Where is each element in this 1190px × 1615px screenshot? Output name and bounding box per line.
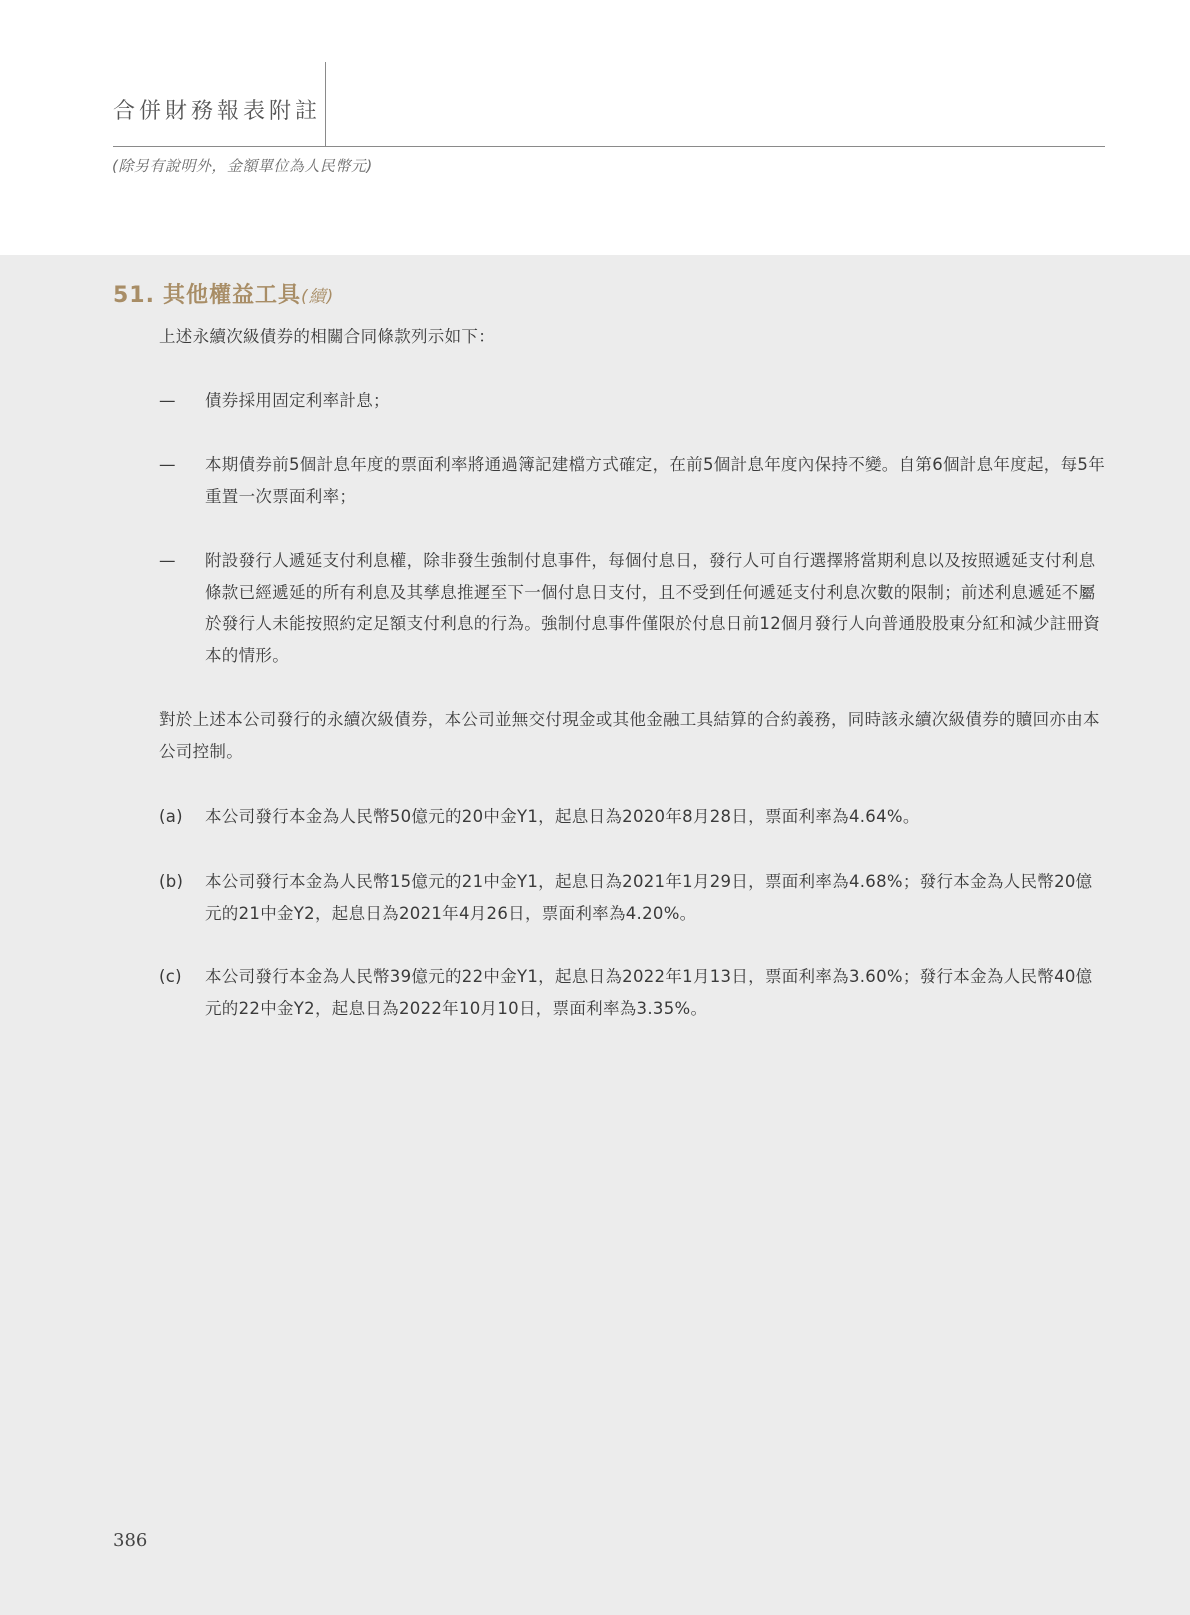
header-horizontal-divider <box>113 146 1105 147</box>
note-marker: (a) <box>159 801 199 833</box>
currency-note: (除另有說明外，金額單位為人民幣元) <box>112 155 373 176</box>
header-vertical-divider <box>325 62 326 147</box>
note-text: 本公司發行本金為人民幣15億元的21中金Y1，起息日為2021年1月29日，票面… <box>205 866 1105 929</box>
document-title: 合併財務報表附註 <box>113 94 321 125</box>
note-marker: (b) <box>159 866 199 898</box>
bullet-text: 附設發行人遞延支付利息權，除非發生強制付息事件，每個付息日，發行人可自行選擇將當… <box>205 545 1105 671</box>
bullet-text: 債券採用固定利率計息； <box>205 385 1105 417</box>
note-text: 本公司發行本金為人民幣50億元的20中金Y1，起息日為2020年8月28日，票面… <box>205 801 1105 833</box>
page-number: 386 <box>113 1530 147 1551</box>
dash-marker: — <box>159 449 199 481</box>
summary-paragraph: 對於上述本公司發行的永續次級債券，本公司並無交付現金或其他金融工具結算的合約義務… <box>159 704 1105 767</box>
section-number: 51. <box>113 283 155 308</box>
note-item-a: (a) 本公司發行本金為人民幣50億元的20中金Y1，起息日為2020年8月28… <box>159 801 1105 833</box>
note-item-b: (b) 本公司發行本金為人民幣15億元的21中金Y1，起息日為2021年1月29… <box>159 866 1105 929</box>
intro-paragraph: 上述永續次級債券的相關合同條款列示如下： <box>159 321 1105 353</box>
note-item-c: (c) 本公司發行本金為人民幣39億元的22中金Y1，起息日為2022年1月13… <box>159 961 1105 1024</box>
section-title: 其他權益工具 <box>163 283 301 308</box>
dash-marker: — <box>159 545 199 577</box>
bullet-item: — 債券採用固定利率計息； <box>159 385 1105 417</box>
note-marker: (c) <box>159 961 199 993</box>
section-heading: 51.其他權益工具(續) <box>113 278 334 309</box>
bullet-item: — 本期債券前5個計息年度的票面利率將通過簿記建檔方式確定，在前5個計息年度內保… <box>159 449 1105 512</box>
note-text: 本公司發行本金為人民幣39億元的22中金Y1，起息日為2022年1月13日，票面… <box>205 961 1105 1024</box>
bullet-text: 本期債券前5個計息年度的票面利率將通過簿記建檔方式確定，在前5個計息年度內保持不… <box>205 449 1105 512</box>
page-header: 合併財務報表附註 (除另有說明外，金額單位為人民幣元) <box>0 0 1190 255</box>
dash-marker: — <box>159 385 199 417</box>
bullet-item: — 附設發行人遞延支付利息權，除非發生強制付息事件，每個付息日，發行人可自行選擇… <box>159 545 1105 671</box>
continued-label: (續) <box>301 287 334 307</box>
